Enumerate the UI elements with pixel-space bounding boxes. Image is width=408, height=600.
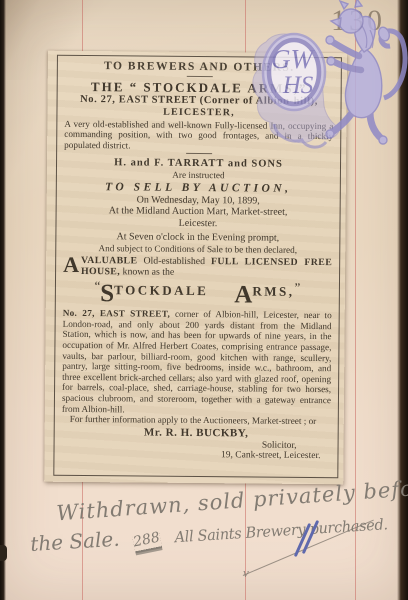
book-spine-edge: [0, 0, 6, 600]
section-divider: [186, 153, 212, 154]
gwhs-lion-watermark: GW HS: [246, 0, 408, 150]
scrapbook-page: 130 TO BREWERS AND OTHERS. THE “ STOCKDA…: [0, 0, 408, 600]
monogram-hs: HS: [282, 72, 314, 99]
conditions-line: And subject to Conditions of Sale to be …: [63, 243, 332, 256]
solicitor-address: 19, Cank-street, Leicester.: [61, 449, 330, 462]
monogram-gw: GW: [271, 44, 315, 74]
pencil-tick-mark: v: [243, 565, 249, 581]
name-part1: TOCKDALE: [114, 283, 208, 299]
lot-end: known as the: [120, 267, 174, 278]
pub-name-display: “STOCKDALEARMS,”: [63, 278, 332, 307]
note-line2-start: the Sale.: [30, 527, 121, 556]
ink-blot: [0, 545, 7, 561]
description-rest: corner of Albion-hill, Leicester, near t…: [62, 309, 332, 414]
lion-rampant-icon: [326, 0, 405, 144]
property-description: No. 27, EAST STREET, corner of Albion-hi…: [62, 308, 332, 416]
description-lead: No. 27, EAST STREET,: [63, 308, 170, 319]
note-underlined-mark: 288: [132, 529, 162, 551]
section-divider: [186, 76, 212, 77]
initial-s: S: [100, 280, 114, 307]
initial-a: A: [234, 282, 252, 309]
lot-intro: AVALUABLE Old-established FULL LICENSED …: [63, 255, 332, 279]
lot-mid: Old-established: [137, 256, 211, 268]
close-quote: ”: [295, 280, 301, 295]
dropcap-a: A: [63, 255, 81, 274]
auction-venue-city: Leicester.: [63, 217, 332, 231]
lot-caps: VALUABLE: [81, 255, 137, 266]
sell-by-auction-line: TO SELL BY AUCTION,: [64, 180, 333, 196]
name-part2: RMS,: [252, 284, 294, 299]
